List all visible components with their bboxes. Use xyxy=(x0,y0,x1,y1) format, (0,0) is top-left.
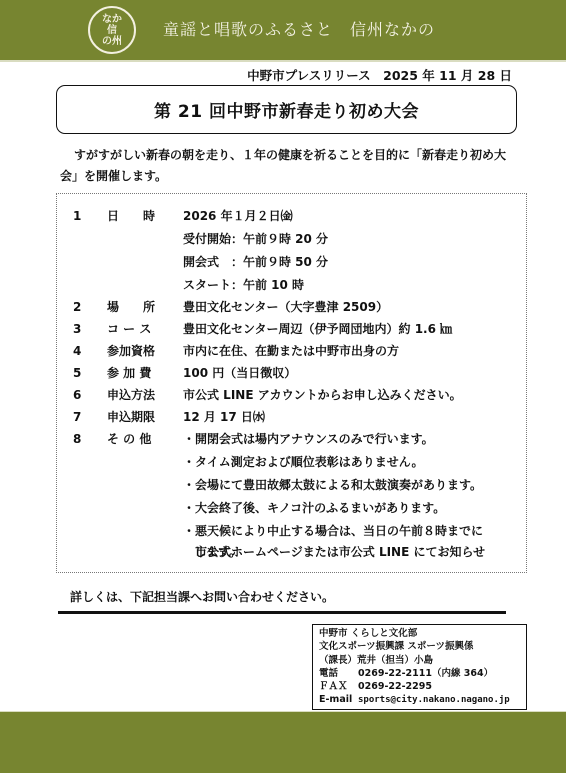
detail-label: 申込方法 xyxy=(107,385,187,405)
press-release-date: 中野市プレスリリース 2025 年 11 月 28 日 xyxy=(247,66,512,84)
city-logo-icon: なか 信 の州 xyxy=(88,6,136,54)
fax-label: ＦＡＸ xyxy=(319,680,358,693)
detail-row-application: 6 申込方法 市公式 LINE アカウントからお申し込みください。 xyxy=(57,385,526,405)
detail-row-fee: 5 参 加 費 100 円（当日徴収） xyxy=(57,363,526,383)
detail-value: ・開閉会式は場内アナウンスのみで行います。 xyxy=(183,429,434,449)
detail-row-other-5: ・悪天候により中止する場合は、当日の午前８時までに xyxy=(57,521,526,541)
page-title: 第 21 回中野市新春走り初め大会 xyxy=(154,97,419,122)
detail-value: します。 xyxy=(182,545,241,559)
detail-row-course: 3 コ ー ス 豊田文化センター周辺（伊予岡団地内）約 1.6 ㎞ xyxy=(57,319,526,339)
detail-row-venue: 2 場 所 豊田文化センター（大字豊津 2509） xyxy=(57,297,526,317)
detail-row-deadline: 7 申込期限 12 月 17 日㈬ xyxy=(57,407,526,427)
detail-number: 3 xyxy=(73,319,93,339)
fax-number: 0269-22-2295 xyxy=(358,681,432,692)
detail-number: 6 xyxy=(73,385,93,405)
detail-value: 豊田文化センター（大字豊津 2509） xyxy=(183,297,388,317)
detail-value: 受付開始：午前９時 20 分 xyxy=(183,229,328,249)
detail-row-other-2: ・タイム測定および順位表彰はありません。 xyxy=(57,452,526,472)
detail-row-other-3: ・会場にて豊田故郷太鼓による和太鼓演奏があります。 xyxy=(57,475,526,495)
detail-value: ・タイム測定および順位表彰はありません。 xyxy=(183,452,423,472)
detail-row-reception: 受付開始：午前９時 20 分 xyxy=(57,229,526,249)
detail-label: 参 加 費 xyxy=(107,363,187,383)
detail-label: コ ー ス xyxy=(107,319,187,339)
phone-label: 電話 xyxy=(319,667,358,680)
section-divider xyxy=(58,611,506,614)
detail-value: 12 月 17 日㈬ xyxy=(183,407,265,427)
header-divider xyxy=(0,60,566,62)
detail-label: 日 時 xyxy=(107,206,187,226)
detail-number: 5 xyxy=(73,363,93,383)
detail-row-date: 1 日 時 2026 年１月２日㈮ xyxy=(57,206,526,226)
title-box: 第 21 回中野市新春走り初め大会 xyxy=(56,85,517,134)
detail-number: 4 xyxy=(73,341,93,361)
detail-value: ・会場にて豊田故郷太鼓による和太鼓演奏があります。 xyxy=(183,475,482,495)
contact-department: 中野市 くらしと文化部 xyxy=(319,627,526,640)
detail-row-other-6: 市公式ホームページまたは市公式 LINE にてお知らせ xyxy=(57,542,526,562)
detail-number: 1 xyxy=(73,206,93,226)
detail-number: 7 xyxy=(73,407,93,427)
intro-paragraph: すがすがしい新春の朝を走り、１年の健康を祈ることを目的に「新春走り初め大会」を開… xyxy=(60,145,520,187)
email-label: E-mail xyxy=(319,693,358,706)
header-banner: なか 信 の州 童謡と唱歌のふるさと 信州なかの xyxy=(0,0,566,60)
detail-value: 市内に在住、在勤または中野市出身の方 xyxy=(183,341,399,361)
detail-value: 開会式 ：午前９時 50 分 xyxy=(183,252,328,272)
detail-row-opening: 開会式 ：午前９時 50 分 xyxy=(57,252,526,272)
contact-section: 文化スポーツ振興課 スポーツ振興係 xyxy=(319,640,526,653)
logo-text: なか 信 の州 xyxy=(102,14,122,47)
detail-row-eligibility: 4 参加資格 市内に在住、在勤または中野市出身の方 xyxy=(57,341,526,361)
contact-fax-row: ＦＡＸ0269-22-2295 xyxy=(319,680,526,693)
detail-label: 参加資格 xyxy=(107,341,187,361)
detail-row-start: スタート：午前 10 時 xyxy=(57,275,526,295)
phone-number[interactable]: 0269-22-2111（内線 364） xyxy=(358,668,493,679)
contact-email-row: E-mailsports@city.nakano.nagano.jp xyxy=(319,693,526,706)
contact-box: 中野市 くらしと文化部 文化スポーツ振興課 スポーツ振興係 （課長）荒井（担当）… xyxy=(312,624,527,710)
detail-value: ・悪天候により中止する場合は、当日の午前８時までに xyxy=(183,521,483,541)
detail-number: 8 xyxy=(73,429,93,449)
slogan: 童謡と唱歌のふるさと 信州なかの xyxy=(163,17,435,40)
detail-value: スタート：午前 10 時 xyxy=(183,275,304,295)
detail-value: ・大会終了後、キノコ汁のふるまいがあります。 xyxy=(183,498,445,518)
detail-value: 市公式 LINE アカウントからお申し込みください。 xyxy=(183,385,462,405)
contact-phone-row: 電話0269-22-2111（内線 364） xyxy=(319,667,526,680)
detail-label: そ の 他 xyxy=(107,429,187,449)
contact-persons: （課長）荒井（担当）小島 xyxy=(319,654,526,667)
detail-value: 2026 年１月２日㈮ xyxy=(183,206,293,226)
detail-value: 100 円（当日徴収） xyxy=(183,363,296,383)
email-link[interactable]: sports@city.nakano.nagano.jp xyxy=(358,695,510,705)
detail-label: 場 所 xyxy=(107,297,187,317)
details-box: 1 日 時 2026 年１月２日㈮ 受付開始：午前９時 20 分 開会式 ：午前… xyxy=(56,193,527,573)
detail-number: 2 xyxy=(73,297,93,317)
detail-label: 申込期限 xyxy=(107,407,187,427)
detail-row-other: 8 そ の 他 ・開閉会式は場内アナウンスのみで行います。 xyxy=(57,429,526,449)
footer-banner xyxy=(0,712,566,773)
detail-row-other-7-text: します。 xyxy=(182,542,241,562)
inquiry-note: 詳しくは、下記担当課へお問い合わせください。 xyxy=(70,588,334,605)
detail-value: 豊田文化センター周辺（伊予岡団地内）約 1.6 ㎞ xyxy=(183,319,452,339)
detail-row-other-4: ・大会終了後、キノコ汁のふるまいがあります。 xyxy=(57,498,526,518)
